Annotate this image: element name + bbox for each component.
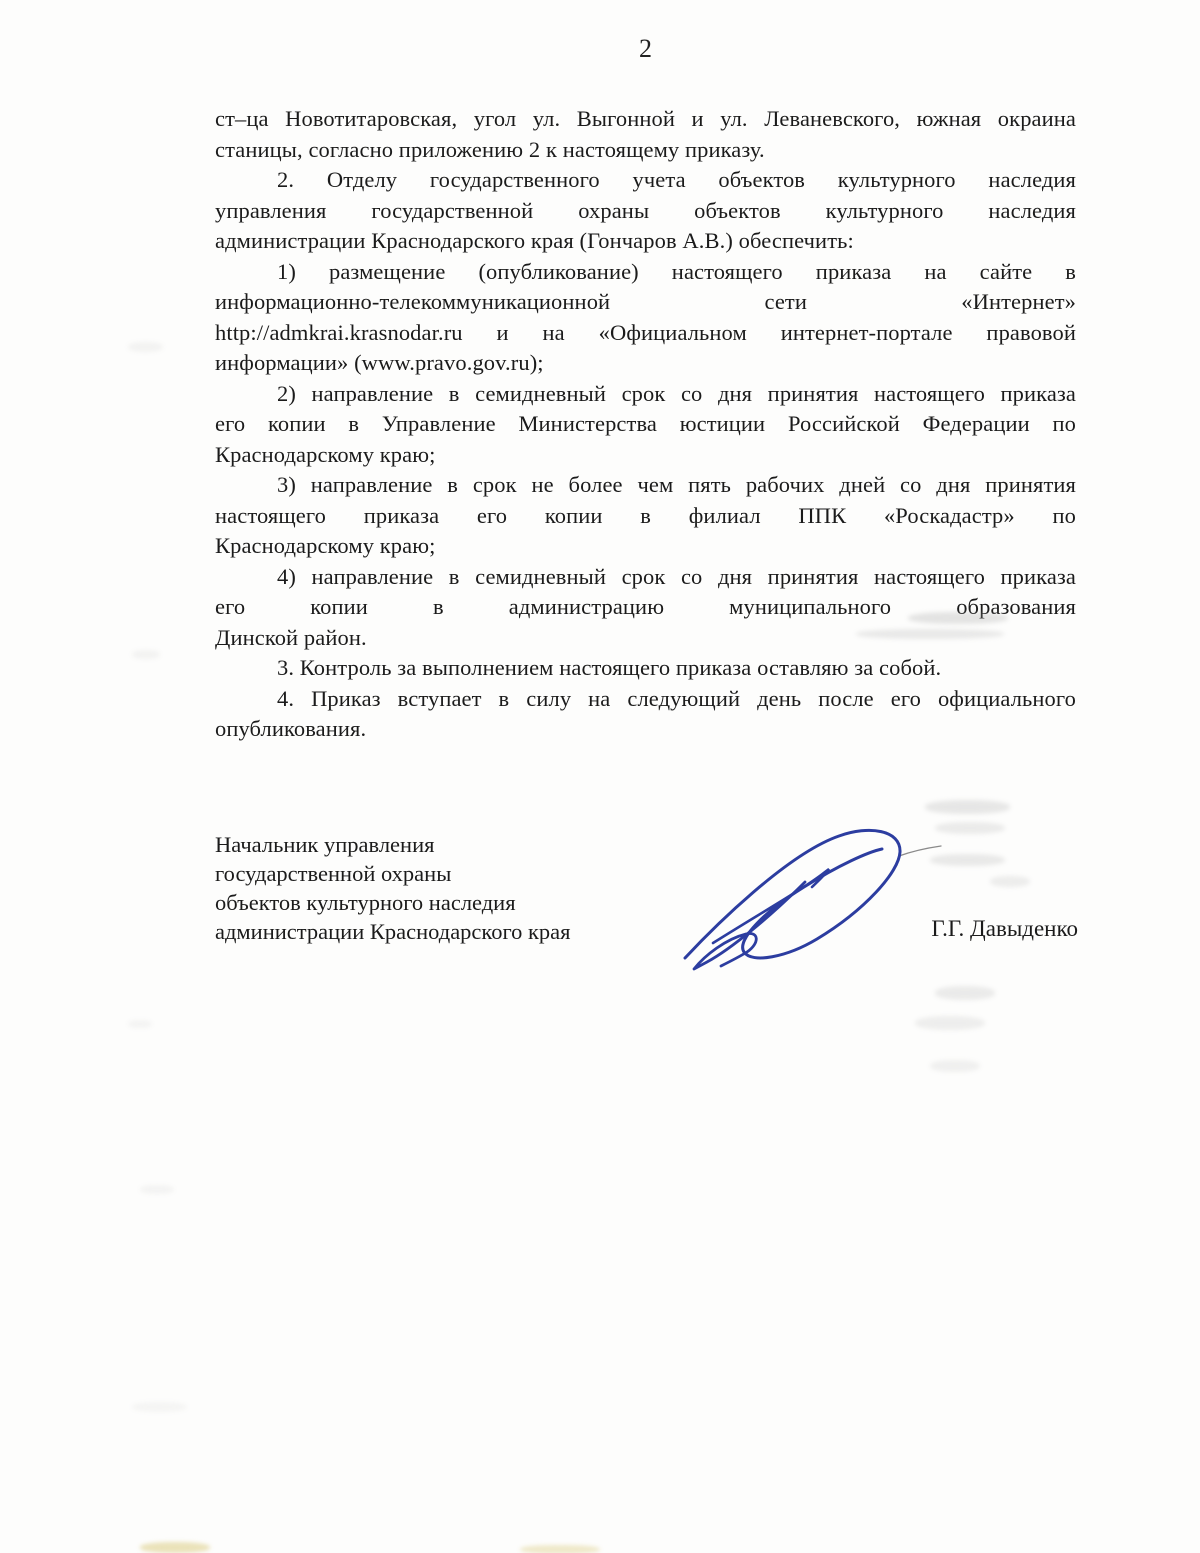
text-line: управления государственной охраны объект… — [215, 196, 1076, 227]
document-body: ст–ца Новотитаровская, угол ул. Выгонной… — [215, 104, 1076, 745]
scan-artifact — [140, 1185, 174, 1194]
scan-artifact — [128, 1020, 152, 1028]
text-line: 3. Контроль за выполнением настоящего пр… — [215, 653, 1076, 684]
scan-artifact — [140, 1542, 210, 1553]
signature-tail-stroke — [899, 846, 941, 856]
scan-artifact — [935, 986, 995, 1000]
scan-artifact — [915, 1016, 985, 1030]
signatory-name: Г.Г. Давыденко — [878, 916, 1078, 942]
signatory-title-line: объектов культурного наследия — [215, 888, 675, 917]
signatory-title-line: администрации Краснодарского края — [215, 917, 675, 946]
scan-artifact — [930, 1060, 980, 1072]
text-line: 4. Приказ вступает в силу на следующий д… — [215, 684, 1076, 715]
handwritten-signature — [655, 792, 975, 987]
text-line: 3) направление в срок не более чем пять … — [215, 470, 1076, 501]
text-line: 4) направление в семидневный срок со дня… — [215, 562, 1076, 593]
scan-artifact — [128, 342, 163, 352]
page-number: 2 — [215, 34, 1076, 64]
signature-inner-stroke — [713, 869, 829, 943]
scan-artifact — [990, 876, 1030, 887]
text-line: администрации Краснодарского края (Гонча… — [215, 226, 1076, 257]
text-line: Краснодарскому краю; — [215, 531, 1076, 562]
text-line: Динской район. — [215, 623, 1076, 654]
text-line: Краснодарскому краю; — [215, 440, 1076, 471]
scan-artifact — [132, 1402, 187, 1412]
text-line: http://admkrai.krasnodar.ru и на «Официа… — [215, 318, 1076, 349]
scan-artifact — [520, 1545, 600, 1553]
text-line: ст–ца Новотитаровская, угол ул. Выгонной… — [215, 104, 1076, 135]
text-line: опубликования. — [215, 714, 1076, 745]
scanned-document-page: 2 ст–ца Новотитаровская, угол ул. Выгонн… — [0, 0, 1200, 1553]
text-line: 1) размещение (опубликование) настоящего… — [215, 257, 1076, 288]
text-line: станицы, согласно приложению 2 к настоящ… — [215, 135, 1076, 166]
text-line: настоящего приказа его копии в филиал ПП… — [215, 501, 1076, 532]
text-line: его копии в администрацию муниципального… — [215, 592, 1076, 623]
signatory-title-line: Начальник управления — [215, 830, 675, 859]
signatory-title-line: государственной охраны — [215, 859, 675, 888]
signatory-title: Начальник управления государственной охр… — [215, 830, 675, 946]
text-line: информационно-телекоммуникационной сети … — [215, 287, 1076, 318]
text-line: его копии в Управление Министерства юсти… — [215, 409, 1076, 440]
text-line: 2) направление в семидневный срок со дня… — [215, 379, 1076, 410]
scan-artifact — [132, 650, 160, 659]
text-line: информации» (www.pravo.gov.ru); — [215, 348, 1076, 379]
text-line: 2. Отделу государственного учета объекто… — [215, 165, 1076, 196]
